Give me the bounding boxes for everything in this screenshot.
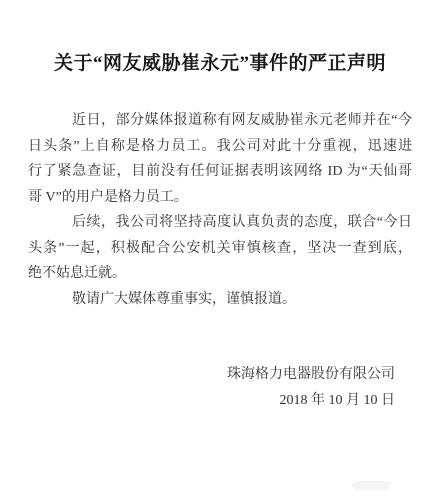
body-line: 日头条”上自称是格力员工。我公司对此十分重视，迅速进 bbox=[28, 134, 412, 160]
faint-artifact bbox=[352, 481, 390, 490]
signature-block: 珠海格力电器股份有限公司 2018 年 10 月 10 日 bbox=[227, 362, 395, 414]
body-line: 敬请广大媒体尊重事实，谨慎报道。 bbox=[28, 287, 412, 313]
body-line: 哥 V”的用户是格力员工。 bbox=[28, 185, 412, 211]
signature-date: 2018 年 10 月 10 日 bbox=[227, 388, 395, 414]
body-line: 绝不姑息迁就。 bbox=[28, 261, 412, 287]
statement-document: 关于“网友威胁崔永元”事件的严正声明 近日，部分媒体报道称有网友威胁崔永元老师并… bbox=[0, 0, 440, 503]
page-title: 关于“网友威胁崔永元”事件的严正声明 bbox=[0, 53, 440, 75]
body-line: 近日，部分媒体报道称有网友威胁崔永元老师并在“今 bbox=[28, 108, 412, 134]
signature-company: 珠海格力电器股份有限公司 bbox=[227, 362, 395, 388]
body-line: 后续，我公司将坚持高度认真负责的态度，联合“今日 bbox=[28, 210, 412, 236]
body-line: 头条”一起，积极配合公安机关审慎核查，坚决一查到底， bbox=[28, 236, 412, 262]
body-line: 行了紧急查证，目前没有任何证据表明该网络 ID 为“天仙哥 bbox=[28, 159, 412, 185]
statement-body: 近日，部分媒体报道称有网友威胁崔永元老师并在“今 日头条”上自称是格力员工。我公… bbox=[28, 108, 412, 312]
